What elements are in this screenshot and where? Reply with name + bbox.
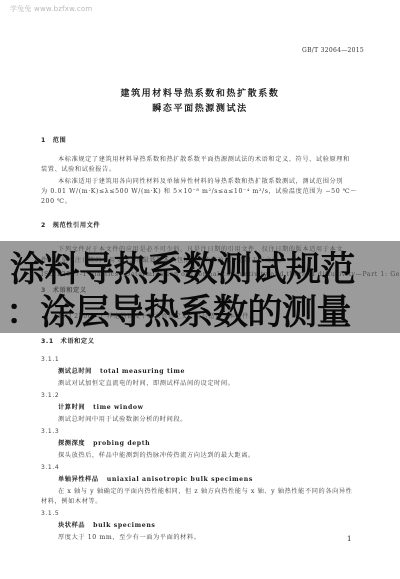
document-page: 学兔兔 www.bzfxw.com GB/T 32064—2015 建筑用材料导…	[0, 0, 400, 579]
term-en: time window	[93, 404, 143, 411]
term-zh: 块状样品	[58, 522, 85, 529]
term-zh: 测试总时间	[58, 368, 92, 375]
site-watermark: 学兔兔 www.bzfxw.com	[10, 4, 92, 14]
standard-code: GB/T 32064—2015	[302, 47, 364, 54]
section1-heading: 1 范围	[41, 137, 66, 145]
term-zh: 单轴异性样品	[58, 476, 99, 483]
term-definition: 测试总时间中用于试验数据分析的时间段。	[58, 416, 187, 424]
term-zh: 探测深度	[58, 440, 85, 447]
term-number: 3.1.5	[41, 510, 59, 518]
term-number: 3.1.1	[41, 356, 59, 364]
overlay-headline-line1: 涂料导热系数测试规范	[10, 250, 400, 290]
document-title-line1: 建筑用材料导热系数和热扩散系数	[0, 86, 400, 99]
term-en: total measuring time	[100, 368, 185, 375]
term-number: 3.1.4	[41, 464, 59, 472]
term-en: uniaxial anisotropic bulk specimens	[107, 476, 253, 483]
section1-para2-line3: 200 ℃。	[41, 198, 72, 206]
term-en: bulk specimens	[93, 522, 155, 529]
term-number: 3.1.3	[41, 428, 59, 436]
document-title-line2: 瞬态平面热源测试法	[0, 101, 400, 114]
term-title: 计算时间time window	[58, 404, 144, 412]
overlay-headline-line2: ：涂层导热系数的测量	[6, 293, 400, 333]
term-definition-line2: 材料，例如木材等。	[41, 498, 102, 506]
term-title: 单轴异性样品uniaxial anisotropic bulk specimen…	[58, 476, 253, 484]
term-definition: 在 x 轴与 y 轴确定的平面内热性能相同，但 z 轴方向热性能与 x 轴、y …	[58, 488, 352, 496]
term-title: 测试总时间total measuring time	[58, 368, 185, 376]
term-number: 3.1.2	[41, 392, 59, 400]
section1-para1-line1: 本标准规定了建筑用材料导热系数和热扩散系数平面热源测试法的术语和定义、符号、试验…	[58, 156, 350, 164]
term-definition: 探头放热后，样品中能测到的热脉冲传热流方向达到的最大距离。	[58, 452, 255, 460]
section3-1-heading: 3.1 术语和定义	[41, 338, 95, 346]
section2-heading: 2 规范性引用文件	[41, 222, 100, 230]
section1-para2-line2: 为 0.01 W/(m·K)≤λ≤500 W/(m·K) 和 5×10⁻⁸ m²…	[41, 188, 357, 196]
term-definition: 厚度大于 10 mm，至少有一面为平面的材料。	[58, 534, 201, 542]
term-zh: 计算时间	[58, 404, 85, 411]
term-en: probing depth	[93, 440, 150, 447]
page-number: 1	[347, 535, 351, 543]
term-title: 探测深度probing depth	[58, 440, 150, 448]
section1-para1-line2: 装置、试验和试验报告。	[41, 166, 116, 174]
term-title: 块状样品bulk specimens	[58, 522, 156, 530]
section1-para2-line1: 本标准适用于建筑用各向同性材料及单轴异性材料的导热系数和热扩散系数测试，测试范围…	[58, 178, 343, 186]
term-definition: 测试对试加恒定直流电的时间，即测试样品间的设定时间。	[58, 380, 234, 388]
